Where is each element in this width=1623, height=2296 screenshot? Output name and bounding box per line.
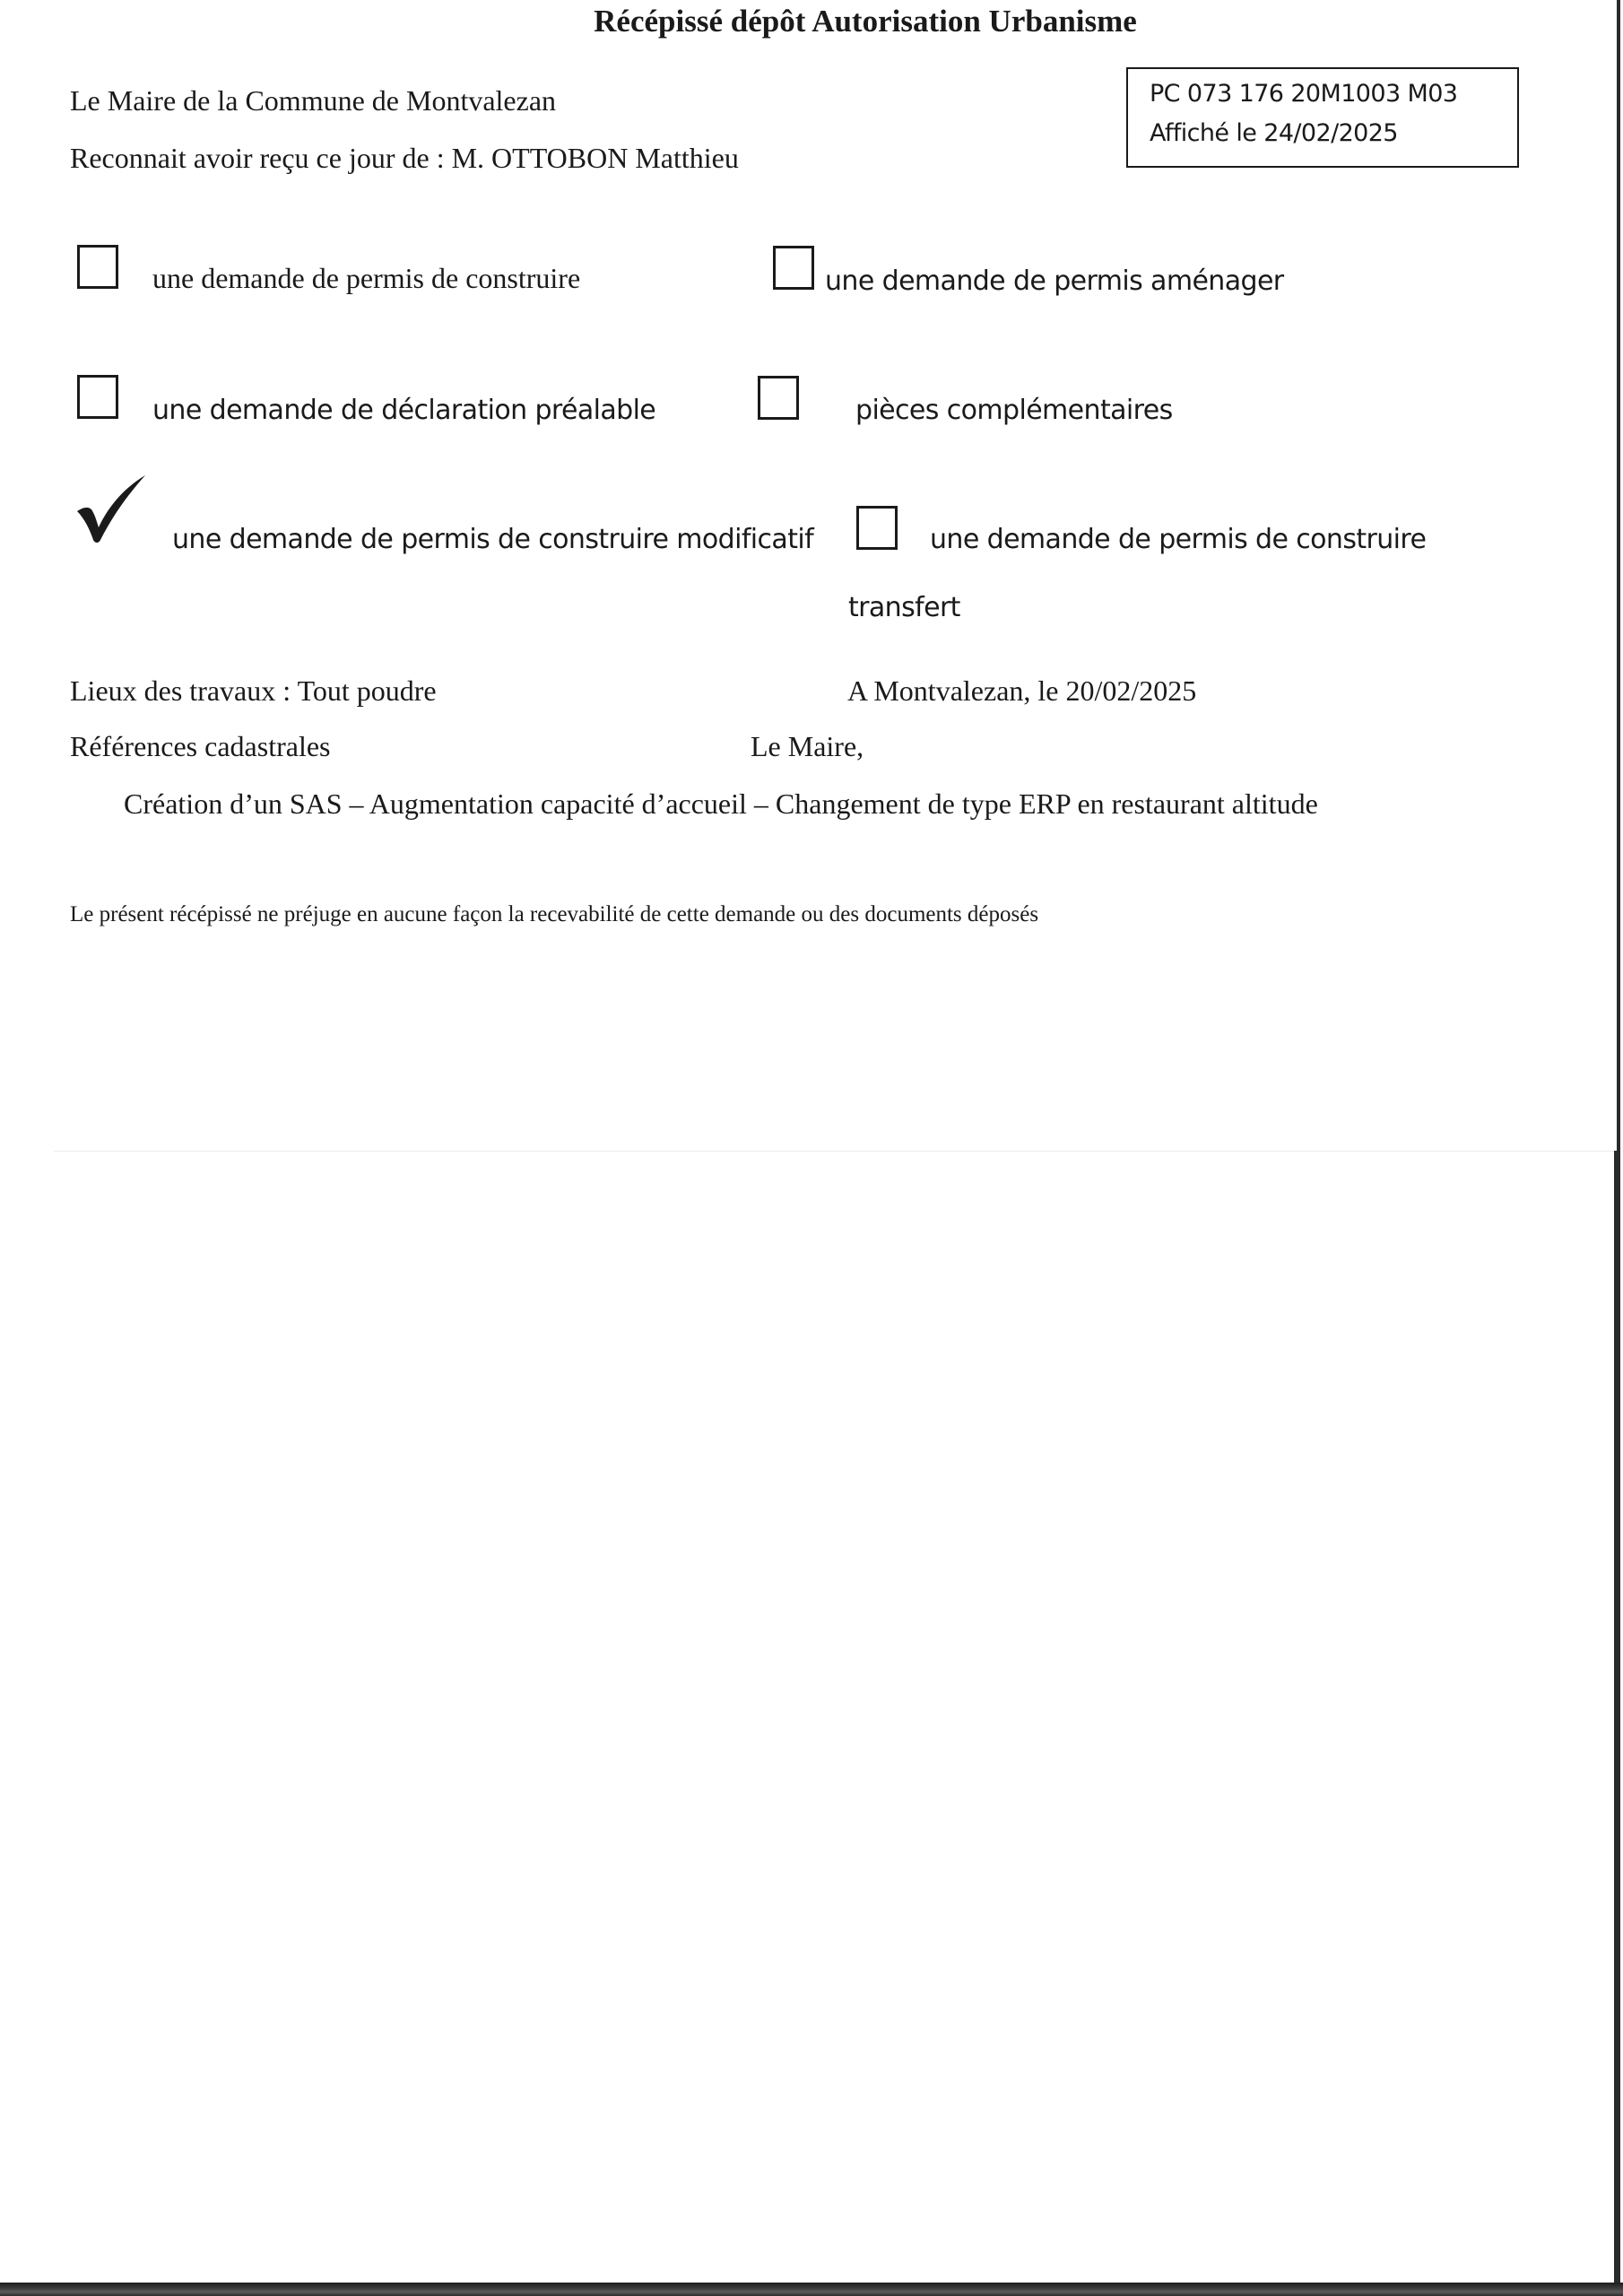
reference-box: PC 073 176 20M1003 M03 Affiché le 24/02/… bbox=[1126, 67, 1519, 168]
works-location: Lieux des travaux : Tout poudre bbox=[70, 674, 437, 708]
receipt-from-line: Reconnait avoir reçu ce jour de : M. OTT… bbox=[70, 142, 739, 175]
scan-edge-right bbox=[1617, 0, 1620, 1151]
option-label-permis-modificatif: une demande de permis de construire modi… bbox=[172, 524, 813, 555]
project-description: Création d’un SAS – Augmentation capacit… bbox=[124, 787, 1318, 821]
place-and-date: A Montvalezan, le 20/02/2025 bbox=[847, 674, 1196, 708]
posted-date: Affiché le 24/02/2025 bbox=[1150, 119, 1398, 147]
checkbox-permis-transfert[interactable] bbox=[856, 506, 898, 550]
scan-edge-right-lower bbox=[1614, 1151, 1620, 2296]
checkbox-permis-amenager[interactable] bbox=[773, 246, 814, 290]
cadastral-references: Références cadastrales bbox=[70, 730, 330, 763]
disclaimer: Le présent récépissé ne préjuge en aucun… bbox=[70, 902, 1038, 927]
scan-edge-bottom bbox=[0, 2283, 1623, 2296]
option-label-declaration-prealable: une demande de déclaration préalable bbox=[152, 395, 655, 426]
scan-fold-line bbox=[54, 1151, 1614, 1152]
checkbox-permis-construire[interactable] bbox=[77, 245, 118, 289]
signatory: Le Maire, bbox=[751, 730, 864, 763]
option-label-permis-transfert: une demande de permis de construire bbox=[930, 524, 1426, 555]
option-label-permis-transfert-cont: transfert bbox=[848, 592, 960, 623]
mayor-line: Le Maire de la Commune de Montvalezan bbox=[70, 84, 556, 117]
checkbox-declaration-prealable[interactable] bbox=[77, 375, 118, 419]
document-title: Récépissé dépôt Autorisation Urbanisme bbox=[0, 4, 1623, 39]
option-label-permis-amenager: une demande de permis aménager bbox=[825, 265, 1284, 297]
option-label-permis-construire: une demande de permis de construire bbox=[152, 262, 580, 295]
checkbox-pieces-complementaires[interactable] bbox=[758, 376, 799, 420]
permit-reference: PC 073 176 20M1003 M03 bbox=[1150, 80, 1457, 108]
checkmark-icon[interactable] bbox=[75, 474, 147, 545]
option-label-pieces-complementaires: pièces complémentaires bbox=[855, 395, 1173, 426]
